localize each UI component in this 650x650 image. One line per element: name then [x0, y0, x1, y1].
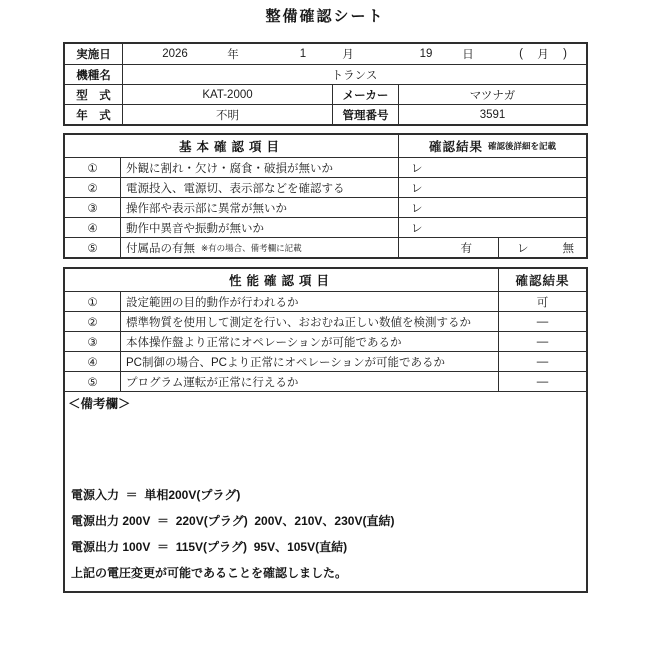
date-year-unit: 年 — [227, 46, 239, 62]
remarks-lines: 電源入力 ＝ 単相200V(プラグ) 電源出力 200V ＝ 220V(プラグ)… — [71, 482, 394, 586]
item-result: ― — [498, 332, 586, 351]
basic-row-3: ③ 操作部や表示部に異常が無いか レ — [65, 197, 586, 217]
date-row: 実施日 2026 年 1 月 19 日 ( 月 ) — [65, 44, 586, 64]
accessories-no-label: 無 — [563, 240, 575, 256]
item-number: ④ — [65, 218, 120, 237]
basic-row-4: ④ 動作中異音や振動が無いか レ — [65, 217, 586, 237]
remarks-section: ＜備考欄＞ 電源入力 ＝ 単相200V(プラグ) 電源出力 200V ＝ 220… — [65, 391, 586, 591]
item-number: ② — [65, 312, 120, 331]
performance-header-result-cell: 確認結果 — [498, 269, 586, 291]
basic-header-title: 基本確認項目 — [179, 137, 284, 155]
item-number: ⑤ — [65, 372, 120, 391]
accessories-no-cell: レ 無 — [498, 238, 586, 257]
item-number: ① — [65, 292, 120, 311]
performance-row-4: ④ PC制御の場合、PCより正常にオペレーションが可能であるか ― — [65, 351, 586, 371]
item-number: ④ — [65, 352, 120, 371]
date-label: 実施日 — [65, 44, 122, 64]
remarks-line-power-output-200: 電源出力 200V ＝ 220V(プラグ) 200V、210V、230V(直結) — [71, 508, 394, 534]
item-number: ① — [65, 158, 120, 177]
performance-result-label: 確認結果 — [515, 271, 569, 289]
model-year-label: 年 式 — [65, 105, 122, 124]
performance-row-1: ① 設定範囲の目的動作が行われるか 可 — [65, 291, 586, 311]
model-year-row: 年 式 不明 管理番号 3591 — [65, 104, 586, 124]
remarks-line-power-output-100: 電源出力 100V ＝ 115V(プラグ) 95V、105V(直結) — [71, 534, 394, 560]
date-value-cell: 2026 年 1 月 19 日 ( 月 ) — [122, 44, 586, 64]
basic-header-row: 基本確認項目 確認結果 確認後詳細を記載 — [65, 135, 586, 157]
control-number-value: 3591 — [398, 105, 586, 124]
item-text: 外観に割れ・欠け・腐食・破損が無いか — [120, 158, 398, 177]
item-number: ② — [65, 178, 120, 197]
basic-result-label: 確認結果 — [429, 137, 483, 155]
item-result: レ — [398, 218, 586, 237]
basic-row-5: ⑤ 付属品の有無 ※有の場合、備考欄に記載 有 レ 無 — [65, 237, 586, 257]
date-year: 2026 — [162, 48, 188, 60]
item-text-cell: 付属品の有無 ※有の場合、備考欄に記載 — [120, 238, 398, 257]
item-number: ③ — [65, 332, 120, 351]
check-mark: レ — [517, 240, 529, 256]
model-type-row: 型 式 KAT-2000 メーカー マツナガ — [65, 84, 586, 104]
model-type-value: KAT-2000 — [122, 85, 332, 104]
item-result: レ — [398, 198, 586, 217]
date-day-unit: 日 — [462, 46, 474, 62]
performance-row-3: ③ 本体操作盤より正常にオペレーションが可能であるか ― — [65, 331, 586, 351]
item-note: ※有の場合、備考欄に記載 — [201, 242, 302, 254]
performance-header-title-cell: 性能確認項目 — [65, 269, 498, 291]
item-text: 付属品の有無 — [126, 240, 195, 256]
date-day: 19 — [420, 48, 433, 60]
item-text: 動作中異音や振動が無いか — [120, 218, 398, 237]
date-paren-close: ) — [563, 48, 567, 60]
item-result: レ — [398, 178, 586, 197]
equipment-info-table: 実施日 2026 年 1 月 19 日 ( 月 ) 機種名 トランス 型 式 K… — [63, 42, 588, 126]
maker-label: メーカー — [332, 85, 398, 104]
item-text: プログラム運転が正常に行えるか — [120, 372, 498, 391]
item-text: 本体操作盤より正常にオペレーションが可能であるか — [120, 332, 498, 351]
control-number-label: 管理番号 — [332, 105, 398, 124]
item-text: 設定範囲の目的動作が行われるか — [120, 292, 498, 311]
basic-check-table: 基本確認項目 確認結果 確認後詳細を記載 ① 外観に割れ・欠け・腐食・破損が無い… — [63, 133, 588, 259]
model-name-value: トランス — [122, 65, 586, 84]
item-result: ― — [498, 312, 586, 331]
maintenance-check-sheet: 整備確認シート 実施日 2026 年 1 月 19 日 ( 月 ) 機種名 トラ… — [0, 0, 650, 650]
model-type-label: 型 式 — [65, 85, 122, 104]
basic-row-2: ② 電源投入、電源切、表示部などを確認する レ — [65, 177, 586, 197]
remarks-header: ＜備考欄＞ — [68, 394, 131, 412]
item-text: PC制御の場合、PCより正常にオペレーションが可能であるか — [120, 352, 498, 371]
performance-header-row: 性能確認項目 確認結果 — [65, 269, 586, 291]
item-text: 電源投入、電源切、表示部などを確認する — [120, 178, 398, 197]
item-text: 標準物質を使用して測定を行い、おおむね正しい数値を検測するか — [120, 312, 498, 331]
item-result: ― — [498, 352, 586, 371]
date-weekday: 月 — [537, 46, 549, 62]
basic-result-note: 確認後詳細を記載 — [488, 140, 556, 152]
performance-row-2: ② 標準物質を使用して測定を行い、おおむね正しい数値を検測するか ― — [65, 311, 586, 331]
date-month-unit: 月 — [342, 46, 354, 62]
date-paren-open: ( — [519, 48, 523, 60]
basic-row-1: ① 外観に割れ・欠け・腐食・破損が無いか レ — [65, 157, 586, 177]
item-number: ③ — [65, 198, 120, 217]
item-result: 可 — [498, 292, 586, 311]
date-month: 1 — [300, 48, 306, 60]
maker-value: マツナガ — [398, 85, 586, 104]
model-year-value: 不明 — [122, 105, 332, 124]
item-result: ― — [498, 372, 586, 391]
basic-header-result-cell: 確認結果 確認後詳細を記載 — [398, 135, 586, 157]
performance-check-table: 性能確認項目 確認結果 ① 設定範囲の目的動作が行われるか 可 ② 標準物質を使… — [63, 267, 588, 593]
model-name-row: 機種名 トランス — [65, 64, 586, 84]
item-number: ⑤ — [65, 238, 120, 257]
remarks-line-power-input: 電源入力 ＝ 単相200V(プラグ) — [71, 482, 394, 508]
model-name-label: 機種名 — [65, 65, 122, 84]
page-title: 整備確認シート — [0, 5, 650, 26]
performance-row-5: ⑤ プログラム運転が正常に行えるか ― — [65, 371, 586, 391]
basic-header-title-cell: 基本確認項目 — [65, 135, 398, 157]
remarks-line-confirmation: 上記の電圧変更が可能であることを確認しました。 — [71, 560, 394, 586]
performance-header-title: 性能確認項目 — [229, 271, 334, 289]
item-result: レ — [398, 158, 586, 177]
item-text: 操作部や表示部に異常が無いか — [120, 198, 398, 217]
accessories-yes-cell: 有 — [398, 238, 498, 257]
